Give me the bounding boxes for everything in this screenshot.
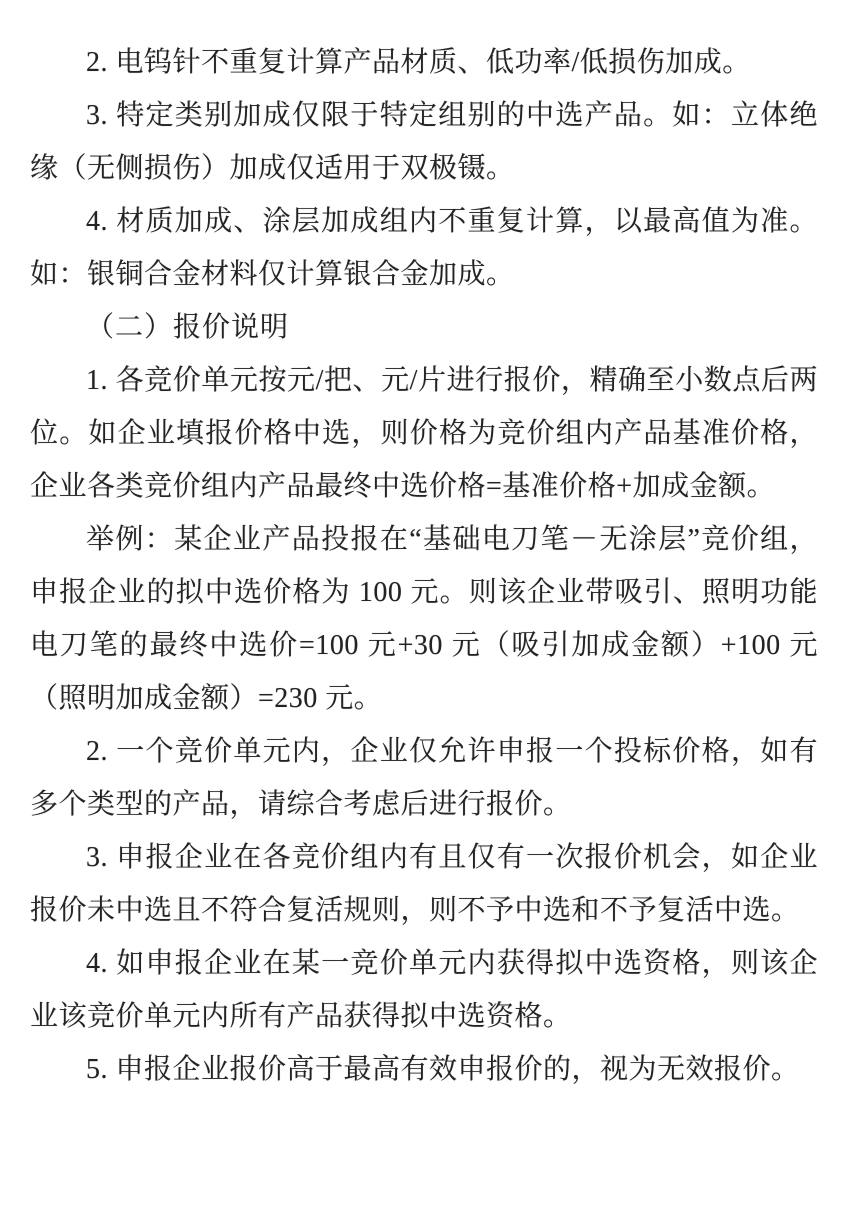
document-page: 2. 电钨针不重复计算产品材质、低功率/低损伤加成。 3. 特定类别加成仅限于特… — [0, 0, 850, 1217]
paragraph-rule-3: 3. 特定类别加成仅限于特定组别的中选产品。如：立体绝缘（无侧损伤）加成仅适用于… — [30, 89, 818, 195]
paragraph-quote-rule-3: 3. 申报企业在各竞价组内有且仅有一次报价机会，如企业报价未中选且不符合复活规则… — [30, 831, 818, 937]
section-heading-quotation-notes: （二）报价说明 — [30, 301, 818, 354]
paragraph-quote-rule-4: 4. 如申报企业在某一竞价单元内获得拟中选资格，则该企业该竞价单元内所有产品获得… — [30, 937, 818, 1043]
paragraph-quote-rule-5: 5. 申报企业报价高于最高有效申报价的，视为无效报价。 — [30, 1043, 818, 1096]
paragraph-quote-rule-2: 2. 一个竞价单元内，企业仅允许申报一个投标价格，如有多个类型的产品，请综合考虑… — [30, 725, 818, 831]
paragraph-rule-2: 2. 电钨针不重复计算产品材质、低功率/低损伤加成。 — [30, 36, 818, 89]
paragraph-quote-rule-1: 1. 各竞价单元按元/把、元/片进行报价，精确至小数点后两位。如企业填报价格中选… — [30, 354, 818, 513]
paragraph-rule-4: 4. 材质加成、涂层加成组内不重复计算，以最高值为准。如：银铜合金材料仅计算银合… — [30, 195, 818, 301]
paragraph-example: 举例：某企业产品投报在“基础电刀笔－无涂层”竞价组，申报企业的拟中选价格为 10… — [30, 513, 818, 725]
